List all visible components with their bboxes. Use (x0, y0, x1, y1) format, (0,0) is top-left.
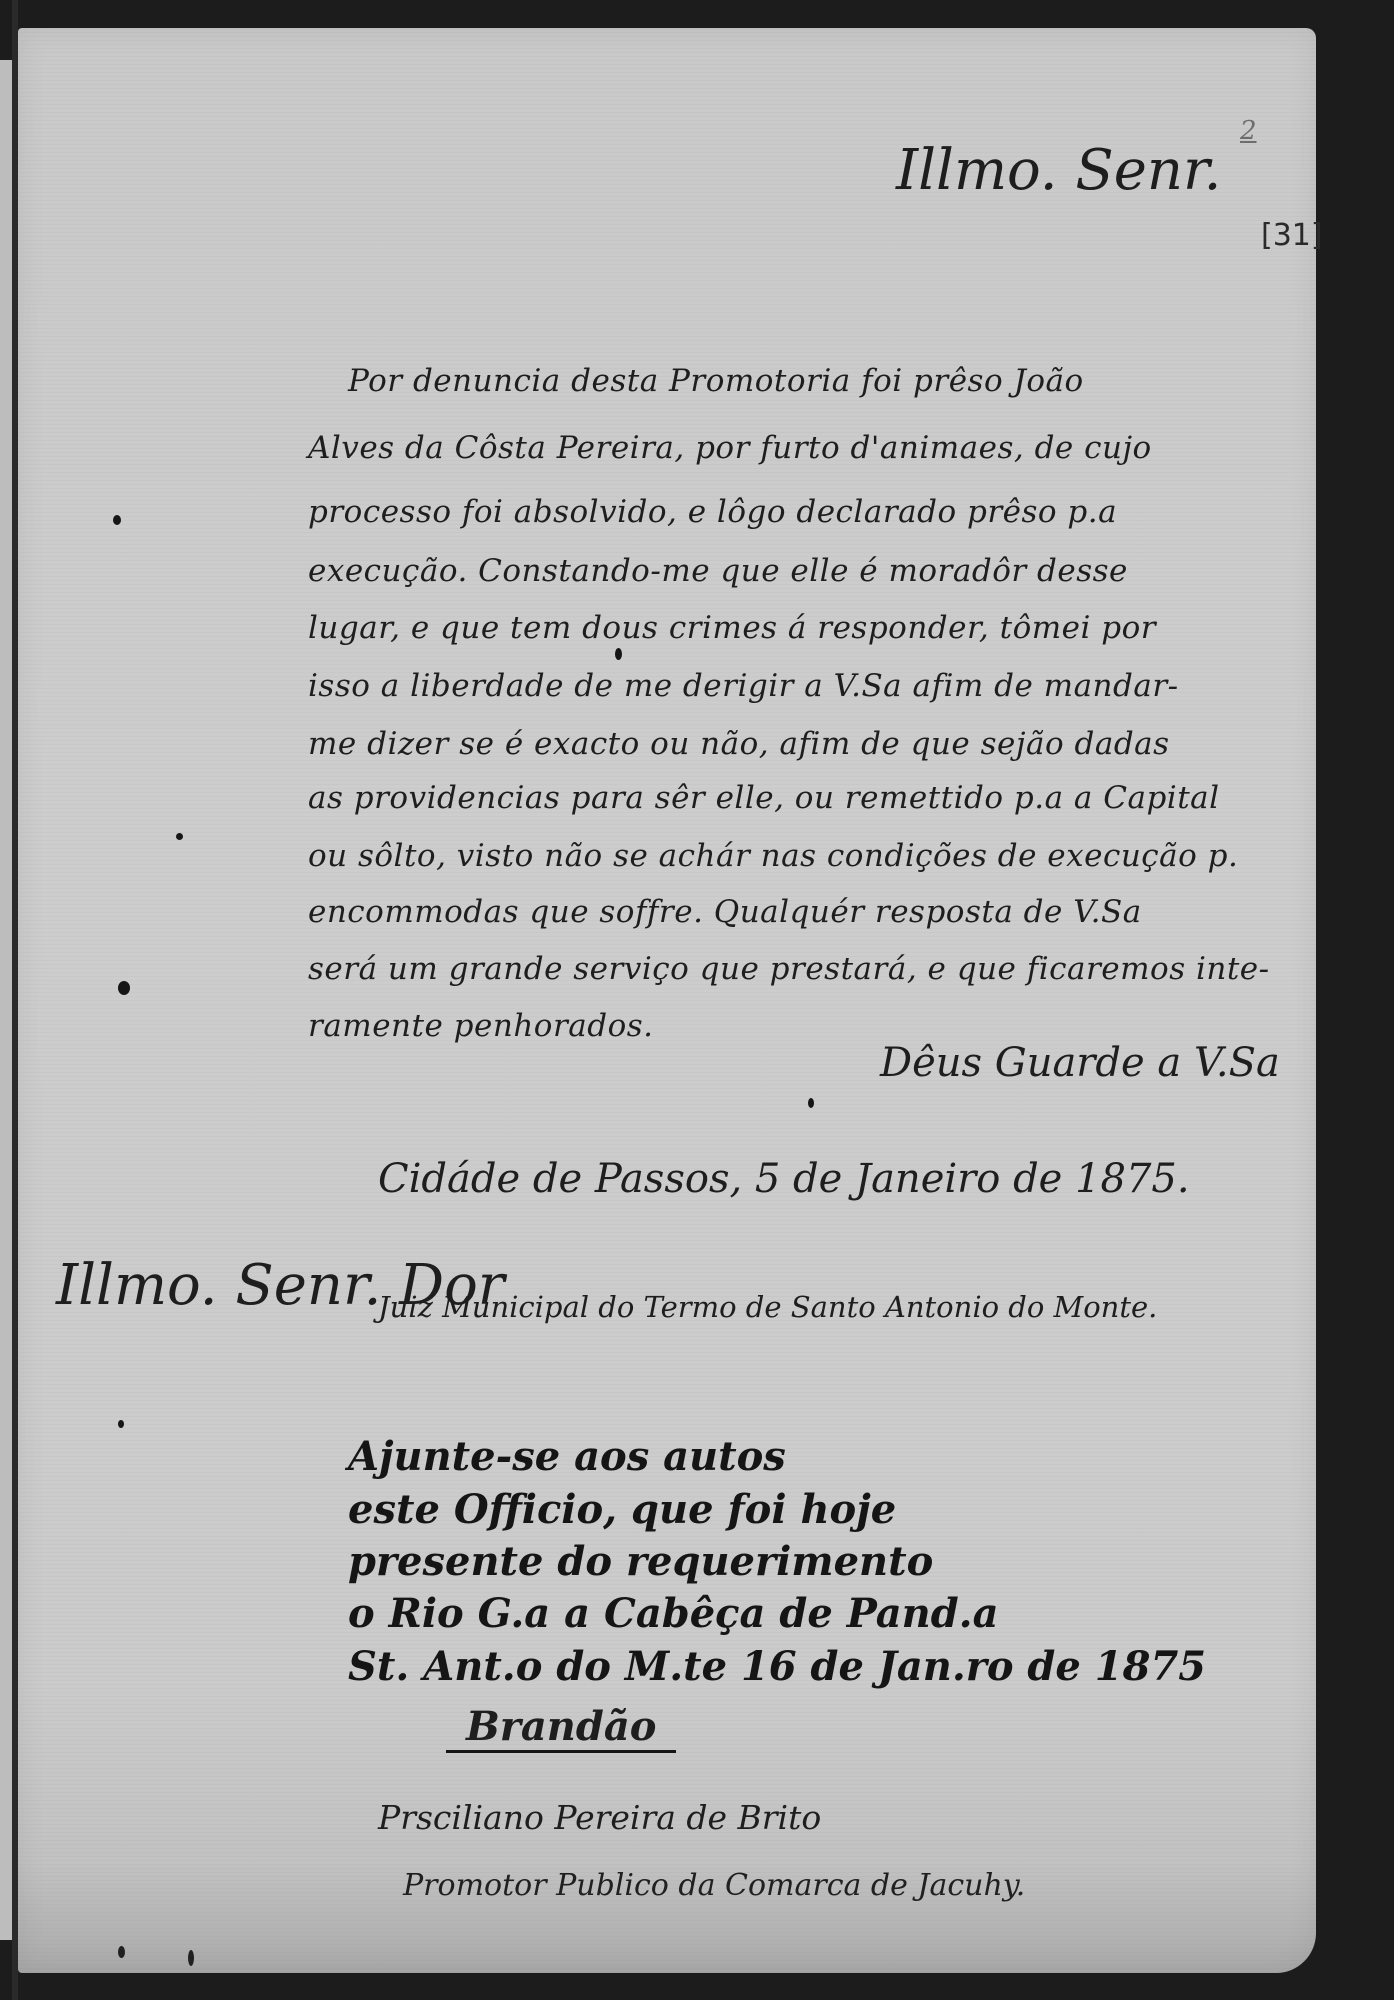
body-line: lugar, e que tem dous crimes á responder… (308, 610, 1156, 646)
body-line: ou sôlto, visto não se achár nas condiçõ… (308, 838, 1238, 874)
closing-formula: Dêus Guarde a V.Sa (880, 1040, 1280, 1086)
body-line: as providencias para sêr elle, ou remett… (308, 780, 1220, 816)
annotation-line: presente do requerimento (348, 1538, 933, 1585)
body-line: isso a liberdade de me derigir a V.Sa af… (308, 668, 1179, 704)
body-line: processo foi absolvido, e lôgo declarado… (308, 494, 1117, 530)
body-line: ramente penhorados. (308, 1008, 654, 1044)
body-line: será um grande serviço que prestará, e q… (308, 951, 1270, 987)
annotation-line: este Officio, que foi hoje (348, 1486, 896, 1533)
manuscript-page: 2 [31] Illmo. Senr. Por denuncia desta P… (18, 28, 1316, 1973)
previous-page-edge (0, 60, 12, 1940)
salutation-text: Illmo. Senr. (896, 138, 1221, 203)
ink-spot (808, 1098, 814, 1108)
ink-spot (615, 648, 622, 660)
salutation: Illmo. Senr. (896, 138, 1221, 203)
annotation-line: Ajunte-se aos autos (348, 1433, 786, 1480)
ink-spot (113, 515, 121, 525)
signer-name: Prsciliano Pereira de Brito (378, 1798, 821, 1837)
body-line: encommodas que soffre. Qualquér resposta… (308, 894, 1142, 930)
body-line: Alves da Côsta Pereira, por furto d'anim… (308, 430, 1152, 466)
ink-spot (176, 833, 183, 840)
pencil-page-number: 2 (1240, 116, 1257, 146)
body-line: execução. Constando-me que elle é moradô… (308, 553, 1128, 589)
annotation-line: St. Ant.o do M.te 16 de Jan.ro de 1875 (348, 1643, 1206, 1690)
body-line: Por denuncia desta Promotoria foi prêso … (308, 363, 1084, 399)
folio-number: [31] (1261, 218, 1323, 253)
annotation-line: o Rio G.a a Cabêça de Pand.a (348, 1590, 999, 1637)
water-stain (18, 1863, 1316, 1973)
addressee-text: Juiz Municipal do Termo de Santo Antonio… (378, 1290, 1157, 1324)
ink-spot (118, 1420, 124, 1428)
ink-spot (118, 981, 130, 995)
annotation-signature: Brandão (446, 1703, 676, 1753)
dateline: Cidáde de Passos, 5 de Janeiro de 1875. (378, 1156, 1190, 1202)
body-line: me dizer se é exacto ou não, afim de que… (308, 726, 1170, 762)
